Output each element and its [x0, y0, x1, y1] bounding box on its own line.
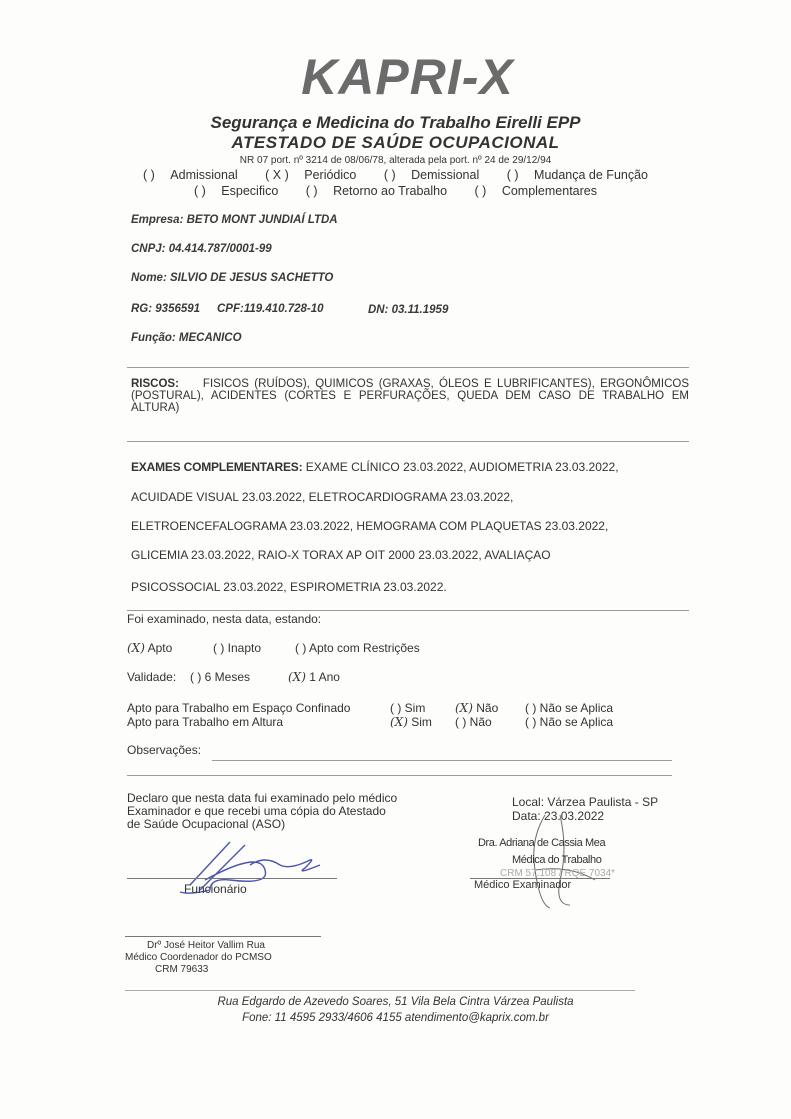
aptidao-confinado-na: ( ) Não se Aplica: [525, 701, 613, 715]
checkbox-mark: ( ): [143, 168, 155, 182]
option-label: Sim: [405, 701, 426, 715]
result-inapto: ( ) Inapto: [213, 641, 261, 655]
empresa-field: Empresa: BETO MONT JUNDIAÍ LTDA: [131, 214, 338, 226]
local-field: Local: Várzea Paulista - SP: [512, 795, 658, 809]
validade-6-meses: ( ) 6 Meses: [190, 670, 250, 684]
employee-signature-line: [127, 878, 337, 879]
exam-type-row-2: ( ) Especifico ( ) Retorno ao Trabalho (…: [0, 184, 791, 198]
option-label: 6 Meses: [205, 670, 250, 684]
option-label: Retorno ao Trabalho: [333, 184, 447, 198]
option-label: Apto: [148, 641, 173, 655]
validade-1-ano: (X) 1 Ano: [288, 670, 340, 684]
exames-line-2: ACUIDADE VISUAL 23.03.2022, ELETROCARDIO…: [131, 490, 513, 504]
exames-line-4: GLICEMIA 23.03.2022, RAIO-X TORAX AP OIT…: [131, 548, 551, 562]
checkbox-mark-checked: (X): [455, 701, 473, 715]
declaration-line: de Saúde Ocupacional (ASO): [127, 818, 397, 831]
option-label: Periódico: [304, 168, 356, 182]
option-label: Inapto: [228, 641, 261, 655]
aptidao-confinado-label: Apto para Trabalho em Espaço Confinado: [127, 701, 350, 715]
exam-type-row-1: ( ) Admissional ( X ) Periódico ( ) Demi…: [0, 168, 791, 182]
divider: [127, 441, 689, 442]
divider: [127, 367, 689, 368]
option-label: Especifico: [221, 184, 278, 198]
funcao-field: Função: MECANICO: [131, 332, 242, 344]
checkbox-mark: ( ): [194, 184, 206, 198]
company-logo: KAPRI-X: [12, 48, 791, 106]
checkbox-mark: ( X ): [265, 168, 289, 182]
exam-type-complementares: ( ) Complementares: [469, 184, 603, 198]
exames-line-5: PSICOSSOCIAL 23.03.2022, ESPIROMETRIA 23…: [131, 580, 447, 594]
employee-signature-label: Funcionário: [184, 882, 247, 896]
checkbox-mark: ( ): [306, 184, 318, 198]
company-subtitle: Segurança e Medicina do Trabalho Eirelli…: [0, 113, 791, 133]
option-label: Complementares: [502, 184, 597, 198]
cnpj-field: CNPJ: 04.414.787/0001-99: [131, 243, 272, 255]
option-label: Não se Aplica: [540, 715, 613, 729]
checkbox-mark: ( ): [455, 715, 466, 729]
result-apto-restricoes: ( ) Apto com Restrições: [295, 641, 420, 655]
examiner-label: Médico Examinador: [474, 879, 571, 891]
checkbox-mark: ( ): [295, 641, 306, 655]
option-label: Demissional: [411, 168, 479, 182]
aptidao-altura-nao: ( ) Não: [455, 715, 492, 729]
footer-address: Rua Edgardo de Azevedo Soares, 51 Vila B…: [0, 996, 791, 1008]
observacoes-line: [212, 760, 672, 761]
coordinator-line: [125, 936, 321, 937]
checkbox-mark-checked: (X): [288, 670, 306, 684]
riscos-section: RISCOS:FISICOS (RUÍDOS), QUIMICOS (GRAXA…: [131, 378, 689, 414]
option-label: 1 Ano: [309, 670, 340, 684]
result-intro: Foi examinado, nesta data, estando:: [127, 612, 321, 626]
exames-text: EXAME CLÍNICO 23.03.2022, AUDIOMETRIA 23…: [306, 460, 619, 474]
regulation-text: NR 07 port. nº 3214 de 08/06/78, alterad…: [0, 155, 791, 166]
declaration-text: Declaro que nesta data fui examinado pel…: [127, 792, 397, 831]
aptidao-altura-na: ( ) Não se Aplica: [525, 715, 613, 729]
option-label: Admissional: [170, 168, 237, 182]
rg-field: RG: 9356591: [131, 303, 200, 315]
aptidao-confinado-sim: ( ) Sim: [390, 701, 425, 715]
cpf-field: CPF:119.410.728-10: [217, 303, 324, 315]
footer-divider: [125, 990, 635, 991]
exam-type-retorno: ( ) Retorno ao Trabalho: [300, 184, 453, 198]
checkbox-mark-checked: (X): [390, 715, 408, 729]
checkbox-mark: ( ): [525, 701, 536, 715]
option-label: Mudança de Função: [534, 168, 648, 182]
aptidao-confinado-nao: (X) Não: [455, 701, 498, 715]
observacoes-label: Observações:: [127, 743, 201, 757]
riscos-label: RISCOS:: [131, 378, 179, 390]
dn-field: DN: 03.11.1959: [368, 304, 448, 316]
option-label: Não: [470, 715, 492, 729]
checkbox-mark: ( ): [525, 715, 536, 729]
divider: [127, 610, 689, 611]
exam-type-demissional: ( ) Demissional: [378, 168, 485, 182]
riscos-text: FISICOS (RUÍDOS), QUIMICOS (GRAXAS, ÓLEO…: [131, 378, 689, 414]
coordinator-role: Médico Coordenador do PCMSO: [125, 952, 321, 964]
checkbox-mark: ( ): [507, 168, 519, 182]
exames-line-3: ELETROENCEFALOGRAMA 23.03.2022, HEMOGRAM…: [131, 519, 608, 533]
exames-label: EXAMES COMPLEMENTARES:: [131, 460, 302, 474]
nome-field: Nome: SILVIO DE JESUS SACHETTO: [131, 272, 333, 284]
option-label: Apto com Restrições: [309, 641, 420, 655]
aptidao-altura-sim: (X) Sim: [390, 715, 432, 729]
checkbox-mark: ( ): [475, 184, 487, 198]
examiner-stamp-name: Dra. Adriana de Cassia Mea: [478, 837, 605, 849]
validade-label: Validade:: [127, 670, 176, 684]
exam-type-periodico: ( X ) Periódico: [259, 168, 362, 182]
option-label: Não: [476, 701, 498, 715]
exam-type-mudanca-funcao: ( ) Mudança de Função: [501, 168, 654, 182]
aptidao-altura-label: Apto para Trabalho em Altura: [127, 715, 283, 729]
coordinator-name: Drº José Heitor Vallim Rua: [125, 940, 321, 952]
exam-type-especifico: ( ) Especifico: [188, 184, 284, 198]
option-label: Sim: [411, 715, 432, 729]
exam-type-admissional: ( ) Admissional: [137, 168, 244, 182]
coordinator-block: Drº José Heitor Vallim Rua Médico Coorde…: [125, 940, 321, 976]
coordinator-crm: CRM 79633: [125, 964, 321, 976]
checkbox-mark: ( ): [213, 641, 224, 655]
footer-contact: Fone: 11 4595 2933/4606 4155 atendimento…: [0, 1012, 791, 1024]
examiner-stamp-role: Médica do Trabalho: [512, 854, 601, 866]
document-title: ATESTADO DE SAÚDE OCUPACIONAL: [0, 133, 791, 153]
checkbox-mark-checked: (X): [127, 641, 145, 655]
checkbox-mark: ( ): [390, 701, 401, 715]
observacoes-line: [127, 775, 672, 776]
exames-line-1: EXAMES COMPLEMENTARES: EXAME CLÍNICO 23.…: [131, 460, 619, 474]
checkbox-mark: ( ): [384, 168, 396, 182]
checkbox-mark: ( ): [190, 670, 201, 684]
result-apto: (X) Apto: [127, 641, 172, 655]
option-label: Não se Aplica: [540, 701, 613, 715]
